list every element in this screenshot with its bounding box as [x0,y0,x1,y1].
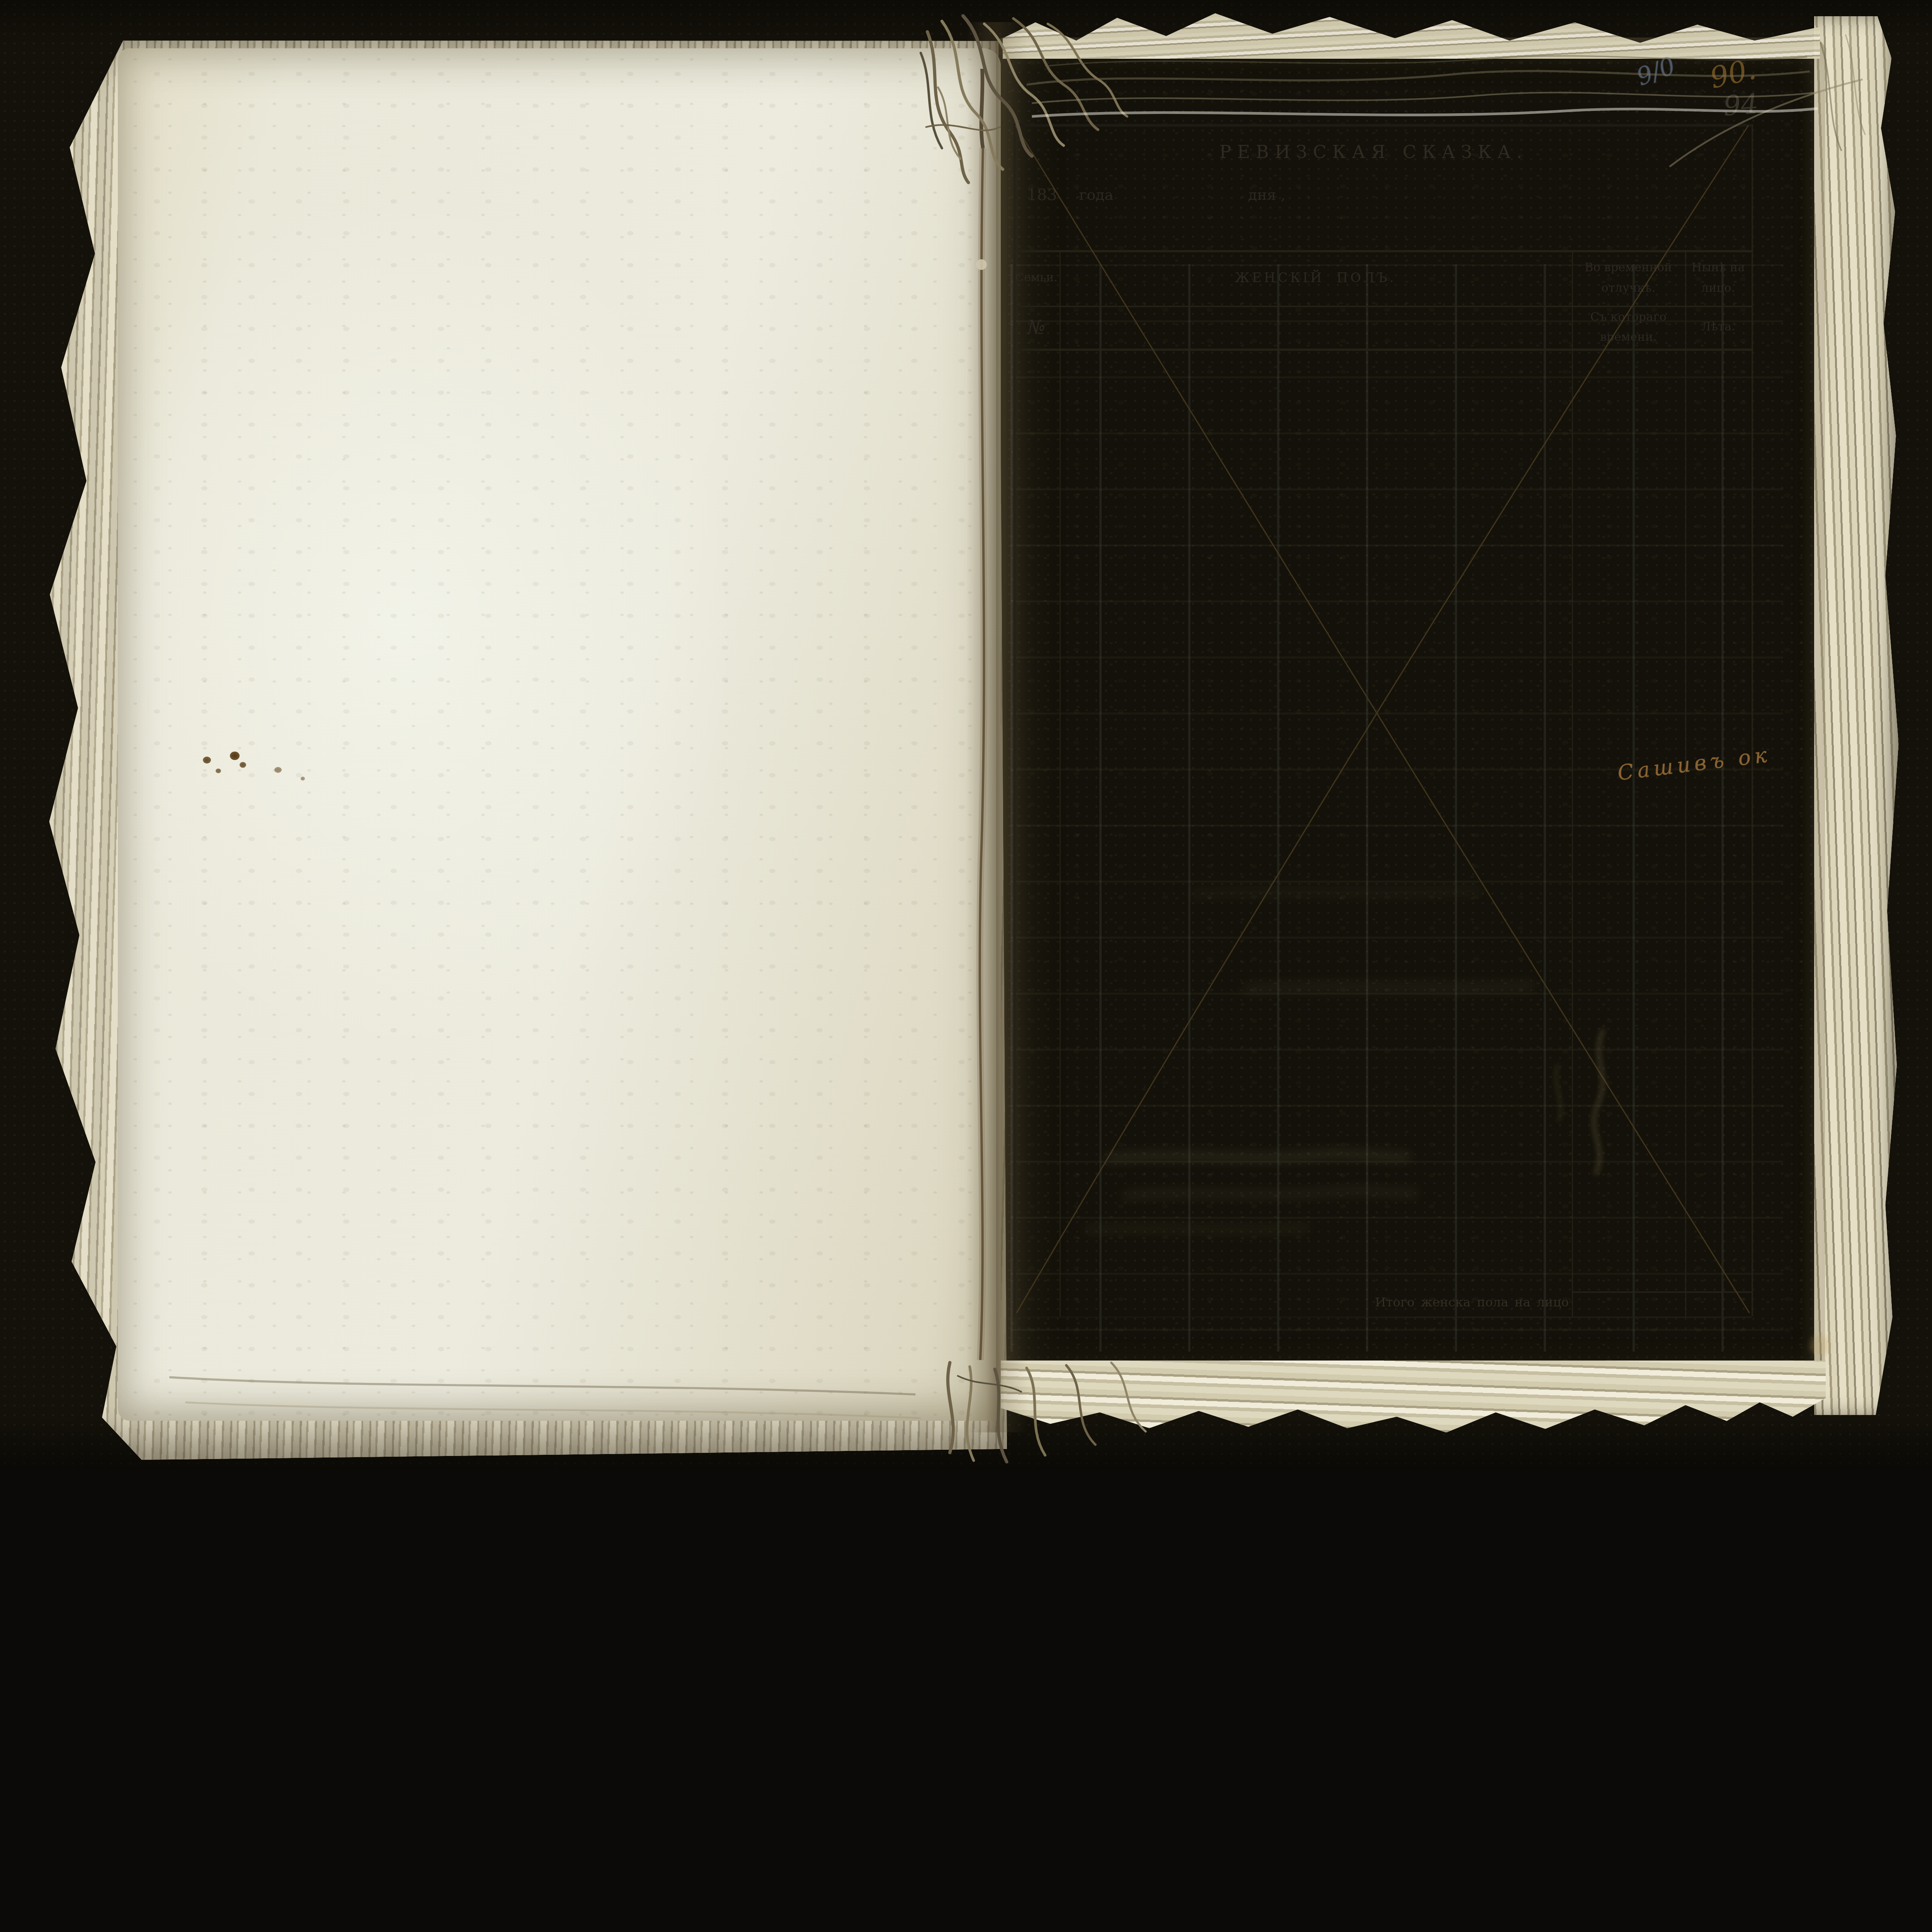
column-header-since-when: Съ котораго времени. [1572,306,1685,349]
column-header-family: Семьи. [1014,250,1060,306]
column-header-female-sex: ЖЕНСКІЙ ПОЛЪ. [1060,250,1572,306]
page-top-edge-crumple [1003,13,1820,59]
column-header-number-sign: № [1014,306,1060,349]
ink-spot [230,752,240,760]
header-line: отлучкѣ. [1601,278,1655,298]
column-header-age: Лѣта. [1685,306,1752,349]
form-border-bottom [1014,1316,1752,1318]
scan-streak-texture [1010,264,1783,1352]
ink-spot [301,777,305,781]
year-prefix: 183 [1027,185,1057,204]
header-line: Во временной [1585,257,1672,278]
book-gutter-shadow [966,22,1028,1432]
form-title: РЕВИЗСКАЯ СКАЗКА. [1148,141,1600,163]
totals-row-rule [1572,1291,1752,1293]
ink-spot [240,762,246,768]
header-line: Нынѣ на [1692,257,1745,278]
ink-spot [274,767,282,773]
page-number-handwritten: 94 [1722,88,1759,122]
form-border-right [1752,124,1753,1316]
header-line: времени. [1600,327,1657,347]
header-line: Съ котораго [1590,307,1667,327]
column-line-absence [1572,250,1573,1316]
footer-total-label: Итого женска пола на лицо [1275,1295,1569,1310]
right-page-stack-edge [1814,16,1902,1415]
column-header-temporary-absence: Во временной отлучкѣ. [1572,250,1685,306]
column-header-now-present: Нынѣ на лицо. [1685,250,1752,306]
header-rule-bottom [1014,349,1752,351]
form-border-top [1014,124,1752,127]
page-bottom-edge-crumple [1001,1361,1826,1432]
year-label: года [1079,186,1114,204]
column-line-family [1060,250,1061,1316]
left-blank-page [118,48,1001,1421]
ink-spot [216,769,221,774]
book-scan-photo: РЕВИЗСКАЯ СКАЗКА. 183 года дня , Семьи. … [0,0,1932,1469]
header-line: лицо. [1701,278,1735,298]
day-label: дня , [1248,186,1286,204]
column-line-present [1685,250,1686,1316]
